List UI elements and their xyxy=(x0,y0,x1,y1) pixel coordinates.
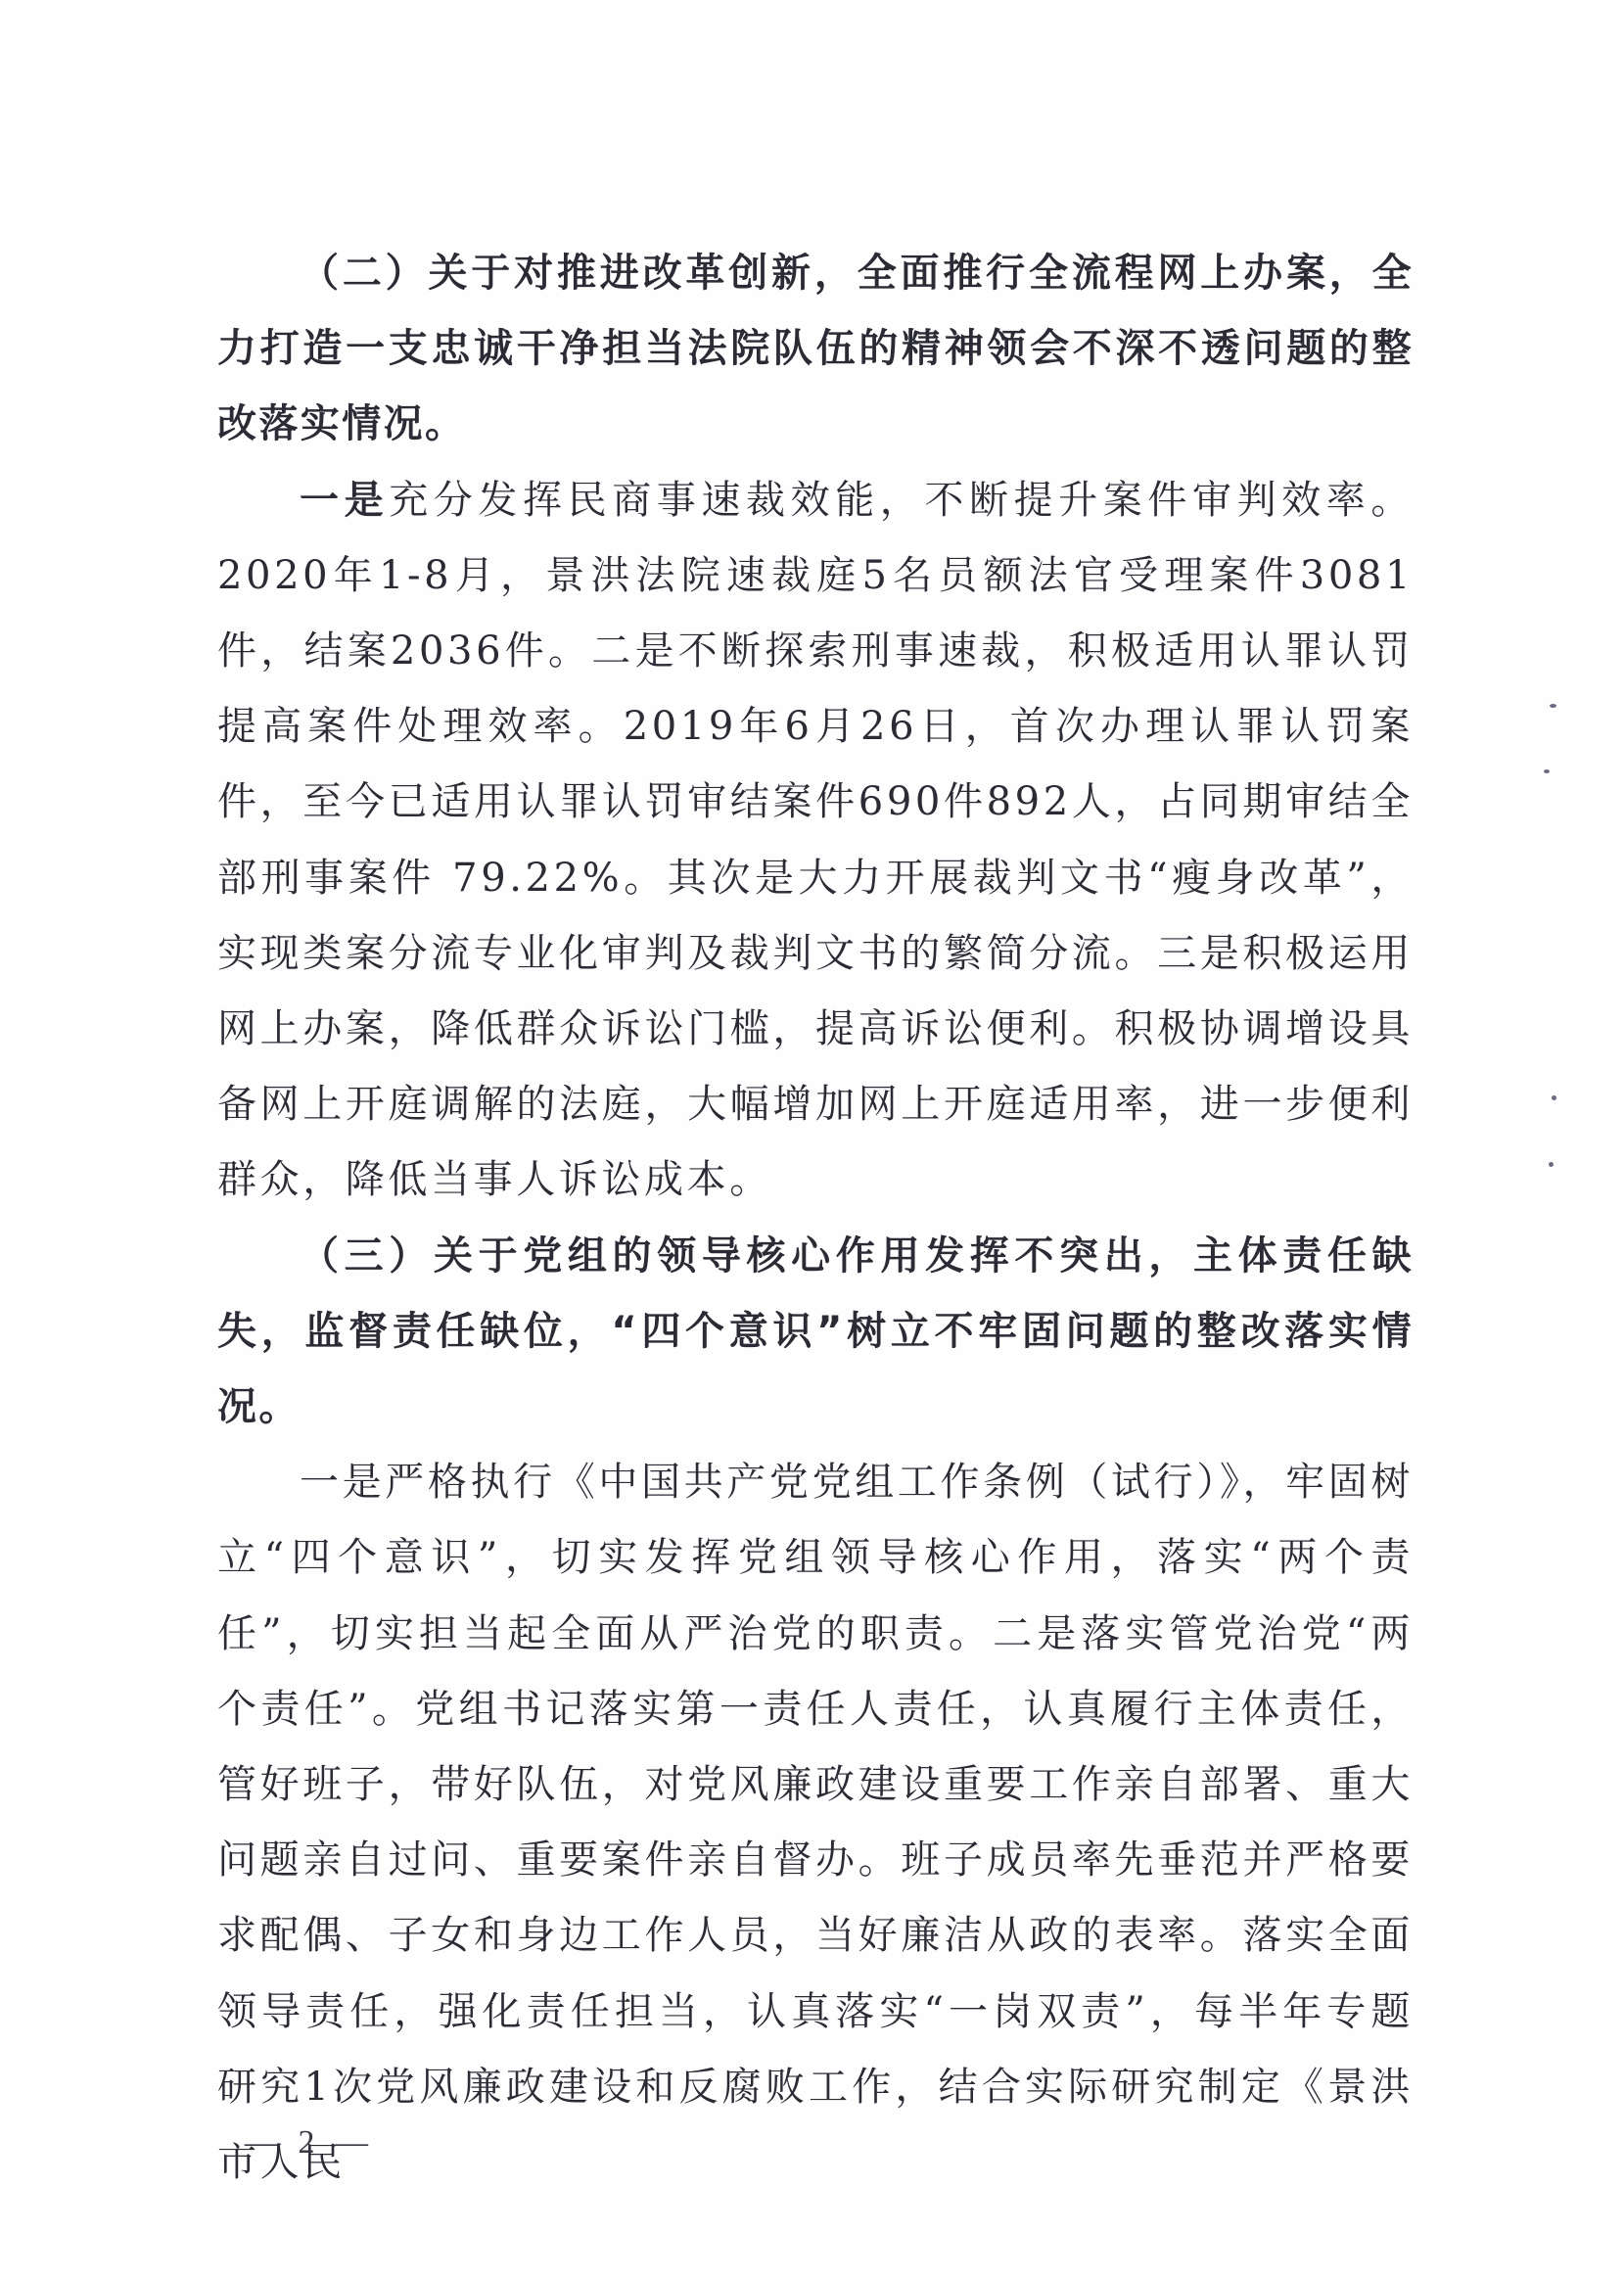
paragraph-text: 一是严格执行《中国共产党党组工作条例（试行）》，牢固树立“四个意识”，切实发挥党… xyxy=(217,1460,1414,2185)
scan-speck xyxy=(1552,1095,1556,1100)
section-heading-2: （二）关于对推进改革创新，全面推行全流程网上办案，全力打造一支忠诚干净担当法院队… xyxy=(217,236,1414,463)
scan-speck xyxy=(1549,1162,1554,1167)
scan-speck xyxy=(1550,704,1556,708)
scan-speck xyxy=(1544,769,1550,773)
document-page: （二）关于对推进改革创新，全面推行全流程网上办案，全力打造一支忠诚干净担当法院队… xyxy=(0,0,1624,2278)
document-body: （二）关于对推进改革创新，全面推行全流程网上办案，全力打造一支忠诚干净担当法院队… xyxy=(217,236,1414,2201)
section-2-paragraph: 一是充分发挥民商事速裁效能，不断提升案件审判效率。2020年1-8月，景洪法院速… xyxy=(217,463,1414,1219)
paragraph-lead: 一是 xyxy=(300,478,389,523)
page-number: — 2 — xyxy=(245,2124,374,2162)
paragraph-text: 充分发挥民商事速裁效能，不断提升案件审判效率。2020年1-8月，景洪法院速裁庭… xyxy=(217,478,1414,1203)
section-heading-3: （三）关于党组的领导核心作用发挥不突出，主体责任缺失，监督责任缺位，“四个意识”… xyxy=(217,1219,1414,1446)
section-3-paragraph: 一是严格执行《中国共产党党组工作条例（试行）》，牢固树立“四个意识”，切实发挥党… xyxy=(217,1445,1414,2201)
